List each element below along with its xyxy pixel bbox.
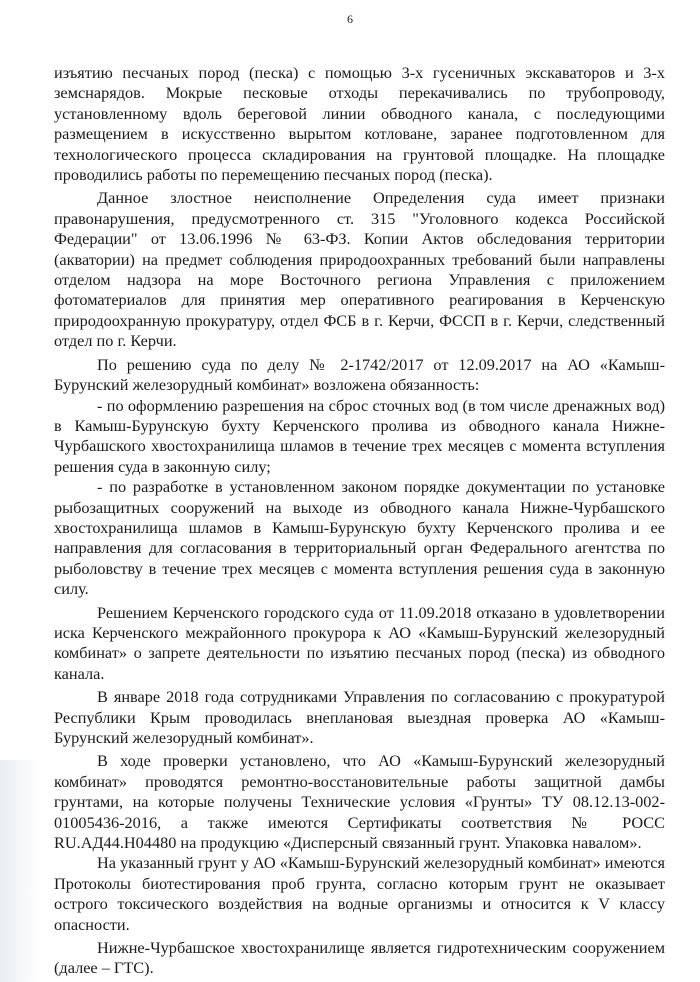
paragraph-court-decision: По решению суда по делу № 2-1742/2017 от… — [54, 355, 665, 396]
paragraph-court-refusal: Решением Керченского городского суда от … — [54, 603, 665, 685]
scan-edge-shadow — [0, 760, 40, 982]
document-body: изъятию песчаных пород (песка) с помощью… — [54, 63, 665, 979]
paragraph-obligation-fish-protection: - по разработке в установленном законом … — [54, 477, 665, 599]
paragraph-obligation-discharge-permit: - по оформлению разрешения на сброс сточ… — [54, 396, 665, 478]
paragraph-hydraulic-structure: Нижне-Чурбашское хвостохранилище являетс… — [54, 938, 665, 979]
paragraph-noncompliance: Данное злостное неисполнение Определения… — [54, 188, 665, 351]
paragraph-biotesting-protocols: На указанный грунт у АО «Камыш-Бурунский… — [54, 853, 665, 935]
paragraph-inspection-findings: В ходе проверки установлено, что АО «Кам… — [54, 751, 665, 853]
page-number: 6 — [0, 12, 700, 27]
paragraph-sand-extraction-continuation: изъятию песчаных пород (песка) с помощью… — [54, 63, 665, 185]
paragraph-unscheduled-inspection: В январе 2018 года сотрудниками Управлен… — [54, 687, 665, 748]
